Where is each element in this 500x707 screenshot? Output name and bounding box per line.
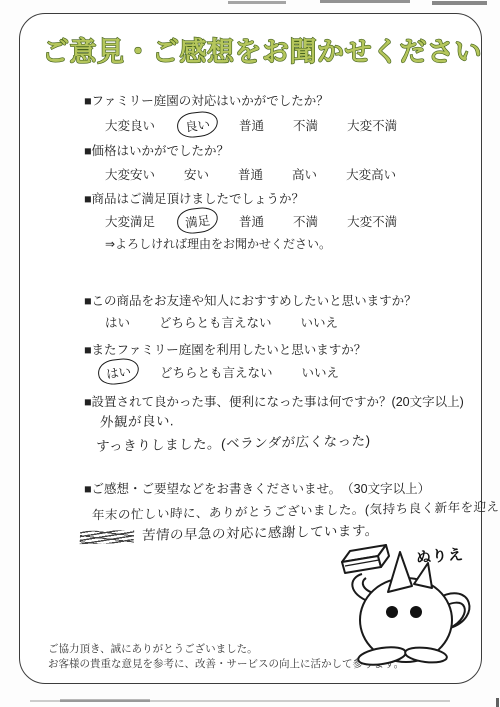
option: 高い xyxy=(292,165,317,183)
option: 大変高い xyxy=(346,165,396,183)
question-7-label: ■ご感想・ご要望などをお書きくださいませ。 （30文字以上） xyxy=(84,479,430,497)
question-3-options: 大変満足 満足 普通 不満 大変不満 xyxy=(105,211,426,231)
scan-artifact xyxy=(432,1,487,5)
option-selected: 良い xyxy=(176,110,220,140)
mascot-eye xyxy=(386,606,398,618)
scan-artifact xyxy=(60,699,150,702)
option: いいえ xyxy=(302,363,340,381)
mascot-eye xyxy=(410,606,422,618)
page-title: ご意見・ご感想をお聞かせください xyxy=(42,30,472,69)
option-selected: 満足 xyxy=(176,206,220,236)
question-4-options: はい どちらとも言えない いいえ xyxy=(105,313,367,331)
option: 不満 xyxy=(293,116,318,134)
footer-thanks: ご協力頂き、誠にありがとうございました。 xyxy=(48,641,258,656)
option: いいえ xyxy=(301,313,339,331)
option: 大変満足 xyxy=(105,212,155,230)
option: 大変不満 xyxy=(347,116,397,134)
question-5-label: ■またファミリー庭園を利用したいと思いますか？ xyxy=(84,340,366,358)
option: 普通 xyxy=(239,212,264,230)
scan-artifact xyxy=(496,698,499,707)
option: 普通 xyxy=(238,165,263,183)
question-6-label: ■設置されて良かった事、便利になった事は何ですか？(20文字以上) xyxy=(84,392,464,410)
question-3-label: ■商品はご満足頂けましたでしょうか？ xyxy=(84,189,304,207)
question-2-options: 大変安い 安い 普通 高い 大変高い xyxy=(105,165,425,183)
option: 普通 xyxy=(239,116,264,134)
scan-artifact xyxy=(228,1,286,4)
option: 不満 xyxy=(293,212,318,230)
scanned-survey-sheet: ご意見・ご感想をお聞かせください ■ファミリー庭園の対応はいかがでしたか？ 大変… xyxy=(0,0,500,707)
question-2-label: ■価格はいかがでしたか？ xyxy=(84,141,229,159)
option: どちらとも言えない xyxy=(159,313,272,331)
scan-artifact xyxy=(320,0,410,3)
question-5-options: はい どちらとも言えない いいえ xyxy=(105,362,368,382)
question-3-followup: ⇒よろしければ理由をお聞かせください。 xyxy=(105,235,331,252)
option: 安い xyxy=(184,165,209,183)
option: 大変良い xyxy=(105,116,155,134)
option: 大変不満 xyxy=(347,212,397,230)
option: はい xyxy=(105,313,130,331)
scratched-out-text xyxy=(80,530,135,544)
option: どちらとも言えない xyxy=(160,363,273,381)
handwritten-answer: 外観が良い. xyxy=(100,409,175,431)
question-1-label: ■ファミリー庭園の対応はいかがでしたか？ xyxy=(84,91,329,109)
mascot-label: ぬりえ xyxy=(415,543,464,567)
brick-icon xyxy=(342,545,389,573)
option: 大変安い xyxy=(105,165,155,183)
question-4-label: ■この商品をお友達や知人におすすめしたいと思いますか？ xyxy=(84,291,417,309)
question-1-options: 大変良い 良い 普通 不満 大変不満 xyxy=(105,115,426,135)
